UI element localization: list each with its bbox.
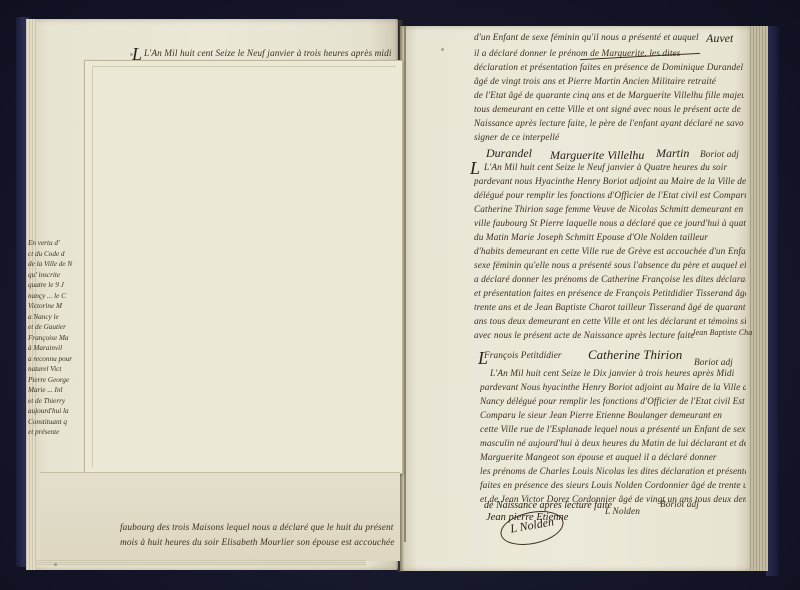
margin-note-line: qu' inscrite [28,270,83,281]
entry-3-closing-line: de Naissance après lecture faite [484,500,624,511]
inlaid-sheet-fold [404,26,406,542]
entry-1-line: âgé de vingt trois ans et Pierre Martin … [474,77,744,87]
entry-1-line: tous demeurant en cette Ville et ont sig… [474,105,744,115]
paper-speck [441,48,444,51]
margin-note-line: Pierre George [28,375,83,386]
signature-martin: Martin [656,146,689,161]
left-bottom-line-1: faubourg des trois Maisons lequel nous a… [120,523,396,533]
margin-note-line: Françoise Ma [28,333,83,344]
margin-note-line: Marie ... Inl [28,385,83,396]
signature-catherine-thirion: Catherine Thirion [588,347,682,363]
margin-note: En vertu d' ct du Code d de la Ville de … [28,238,83,438]
entry-2-line: a déclaré donner les prénoms de Catherin… [474,275,746,285]
entry-2-line: pardevant nous Hyacinthe Henry Boriot ad… [474,177,746,187]
margin-note-line: ct du Code d [28,249,83,260]
signature-l-nolden-short: L Nolden [605,507,640,517]
inlaid-sheet-border [92,66,396,467]
paper-speck [54,563,57,566]
margin-note-line: naturel Vict [28,364,83,375]
margin-note-line: Constituant q [28,417,83,428]
margin-note-line: et de Thierry [28,396,83,407]
signature-francois-petitdidier: François Petitdidier [484,351,562,361]
entry-1-annotation: Auvet [706,31,733,46]
entry-initial-l: L [470,158,480,179]
paper-speck [130,53,133,56]
entry-3-line: cette Ville rue de l'Esplanade lequel no… [480,425,746,435]
margin-note-line: aujourd'hui la [28,406,83,417]
margin-note-line: a Nancy le [28,312,83,323]
entry-1-line: déclaration et présentation faites en pr… [474,63,744,73]
entry-2-line: ville faubourg St Pierre laquelle nous a… [474,219,746,229]
signature-adjoint: Boriot adj [694,358,733,368]
entry-3-line: Comparu le sieur Jean Pierre Etienne Bou… [480,411,746,421]
entry-2-line: ans tous deux demeurant en cette Ville e… [474,317,746,327]
entry-3-line: faites en présence des sieurs Louis Nold… [480,481,746,491]
entry-3-line: L'An Mil huit cent Seize le Dix janvier … [490,369,746,379]
margin-note-line: nançy ... le C [28,291,83,302]
signature-adjoint: Boriot adj [660,500,699,510]
entry-1-line: de l'Etat âgé de quarante cinq ans et de… [474,91,744,101]
entry-1-line: d'un Enfant de sexe féminin qu'il nous a… [474,33,704,43]
signature-marguerite-villelhu: Marguerite Villelhu [550,148,644,163]
signature-jean-baptiste-charot: Jean Baptiste Charot [692,328,752,337]
book-cover-right-edge [766,26,780,576]
margin-note-line: de la Ville de N [28,259,83,270]
margin-note-line: En vertu d' [28,238,83,249]
entry-3-line: Nancy délégué pour remplir les fonctions… [480,397,746,407]
entry-2-line: L'An Mil huit cent Seize le Neuf janvier… [484,163,746,173]
margin-note-line: et de Gautier [28,322,83,333]
entry-2-line: avec nous le présent acte de Naissance a… [474,331,694,341]
entry-2-line: trente ans et de Jean Baptiste Charot ta… [474,303,746,313]
margin-note-line: à Marainvil [28,343,83,354]
margin-note-line: quatre le 9 J [28,280,83,291]
entry-3-line: les prénoms de Charles Louis Nicolas les… [480,467,746,477]
entry-3-line: Marguerite Mangeot son épouse et auquel … [480,453,746,463]
entry-initial-l: L [478,348,488,369]
signature-adjoint: Boriot adj [700,150,739,160]
left-top-line-1: L'An Mil huit cent Seize le Neuf janvier… [144,49,396,59]
margin-note-line: Victorine M [28,301,83,312]
entry-1-line: signer de ce interpellé [474,133,594,143]
left-page-bottom-edge [36,560,366,566]
margin-note-line: a reconnu pour [28,354,83,365]
right-page-stack-edge [750,26,768,571]
entry-2-line: et présentation faites en présence de Fr… [474,289,746,299]
left-bottom-line-2: mois à huit heures du soir Elisabeth Mou… [120,538,396,548]
signature-durandel: Durandel [486,146,532,161]
entry-2-line: du Matin Marie Joseph Schmitt Epouse d'O… [474,233,746,243]
entry-2-line: Catherine Thirion sage femme Veuve de Ni… [474,205,746,215]
entry-3-line: pardevant Nous hyacinthe Henry Boriot ad… [480,383,746,393]
entry-2-line: sexe féminin qu'elle nous a présenté sou… [474,261,746,271]
entry-2-line: délégué pour remplir les fonctions d'Off… [474,191,746,201]
entry-2-line: d'habits demeurant en cette Ville rue de… [474,247,746,257]
margin-note-line: et présente [28,427,83,438]
entry-1-line: Naissance après lecture faite, le père d… [474,119,744,129]
entry-3-line: masculin né aujourd'hui à deux heures du… [480,439,746,449]
